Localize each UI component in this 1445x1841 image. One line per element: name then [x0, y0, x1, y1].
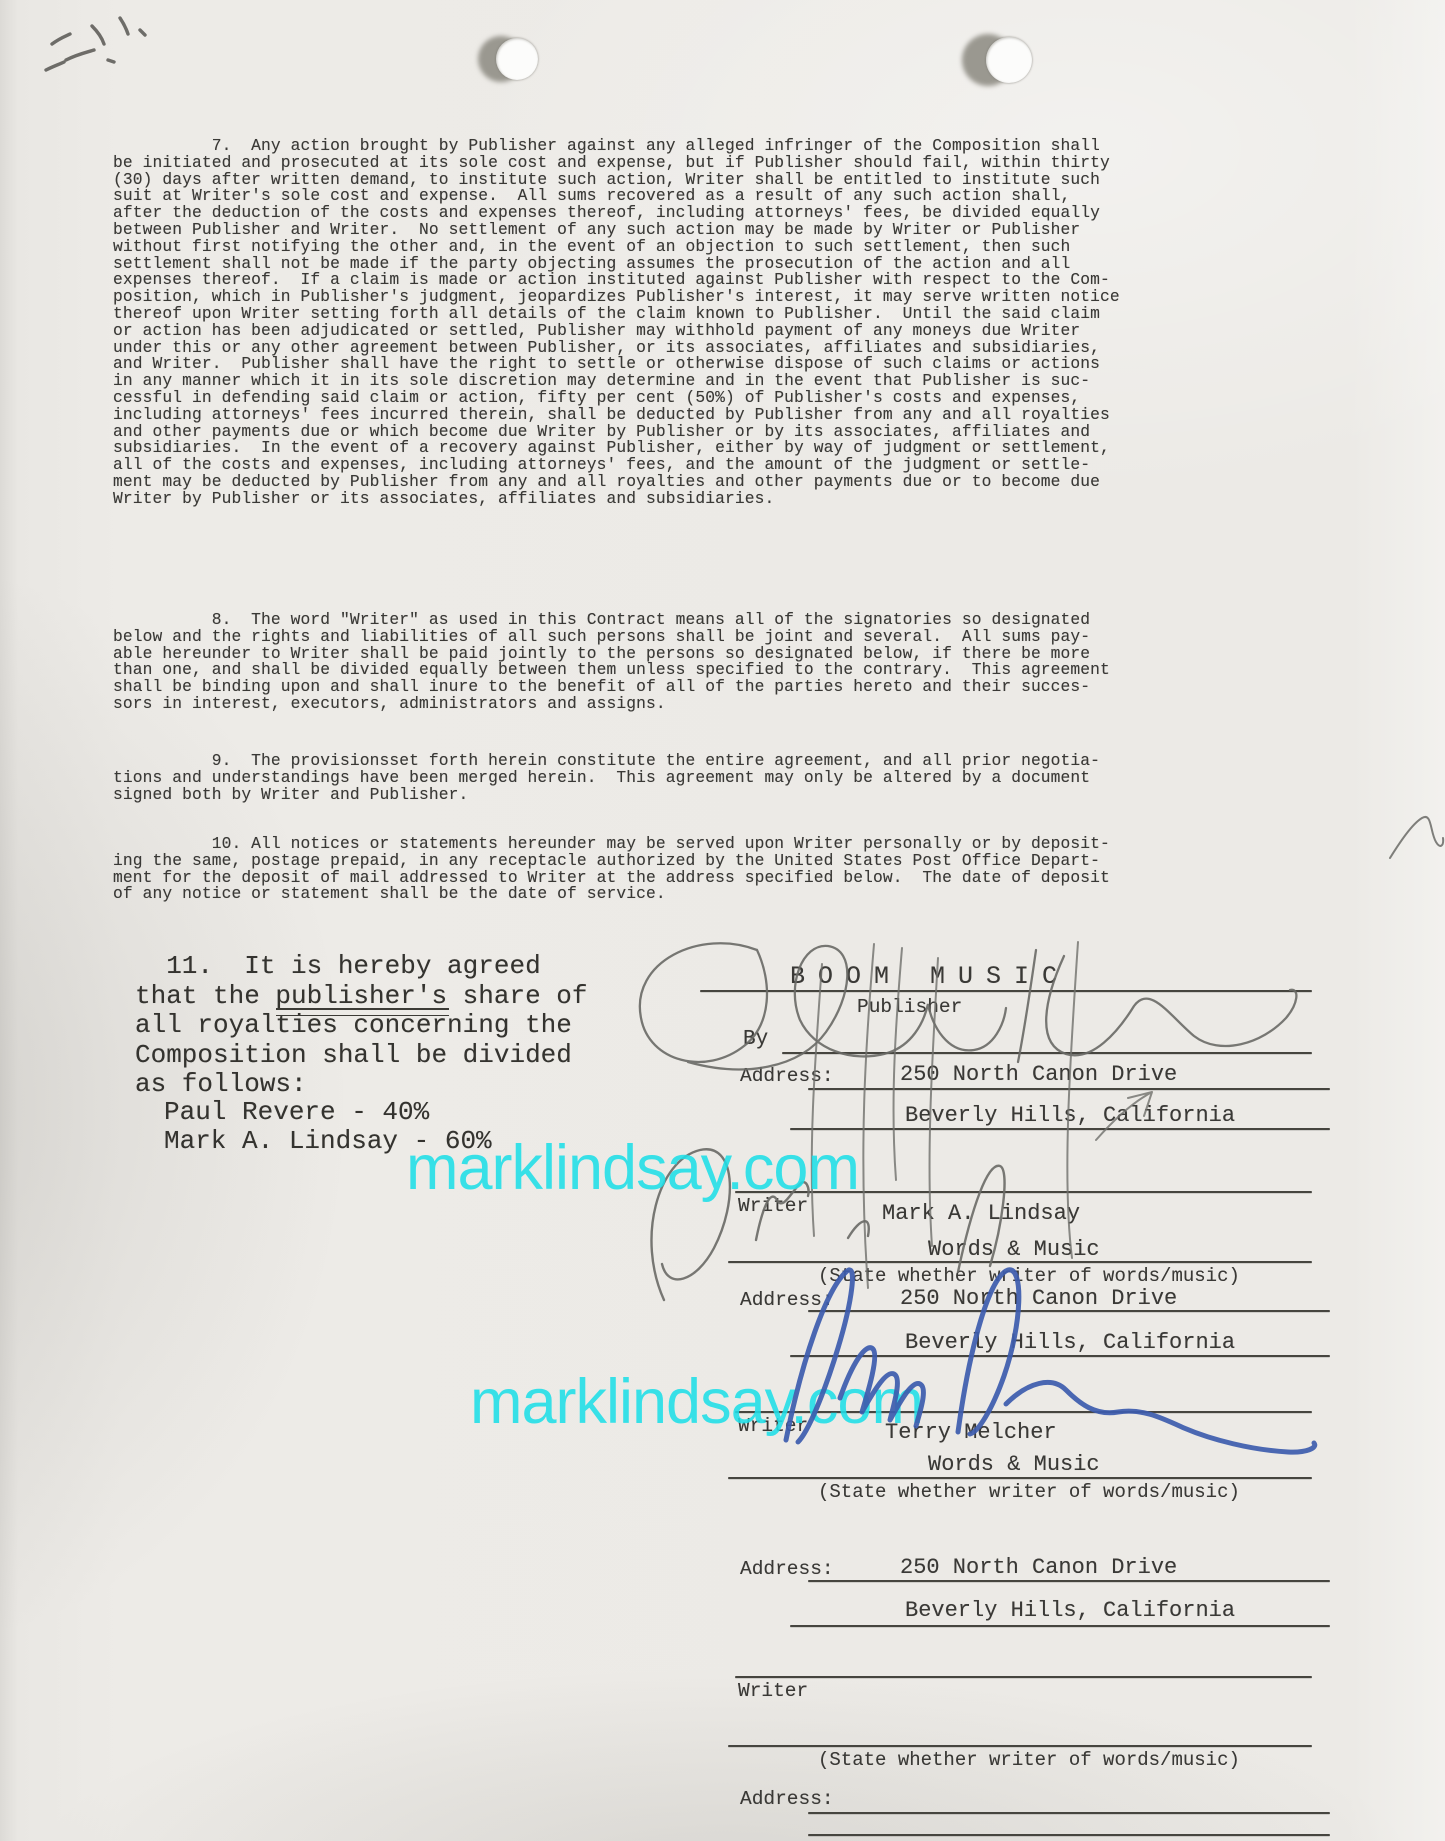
scanned-contract-page: 7. Any action brought by Publisher again…: [0, 0, 1445, 1841]
writer-2-signature-blue-ink: [0, 0, 1445, 1841]
